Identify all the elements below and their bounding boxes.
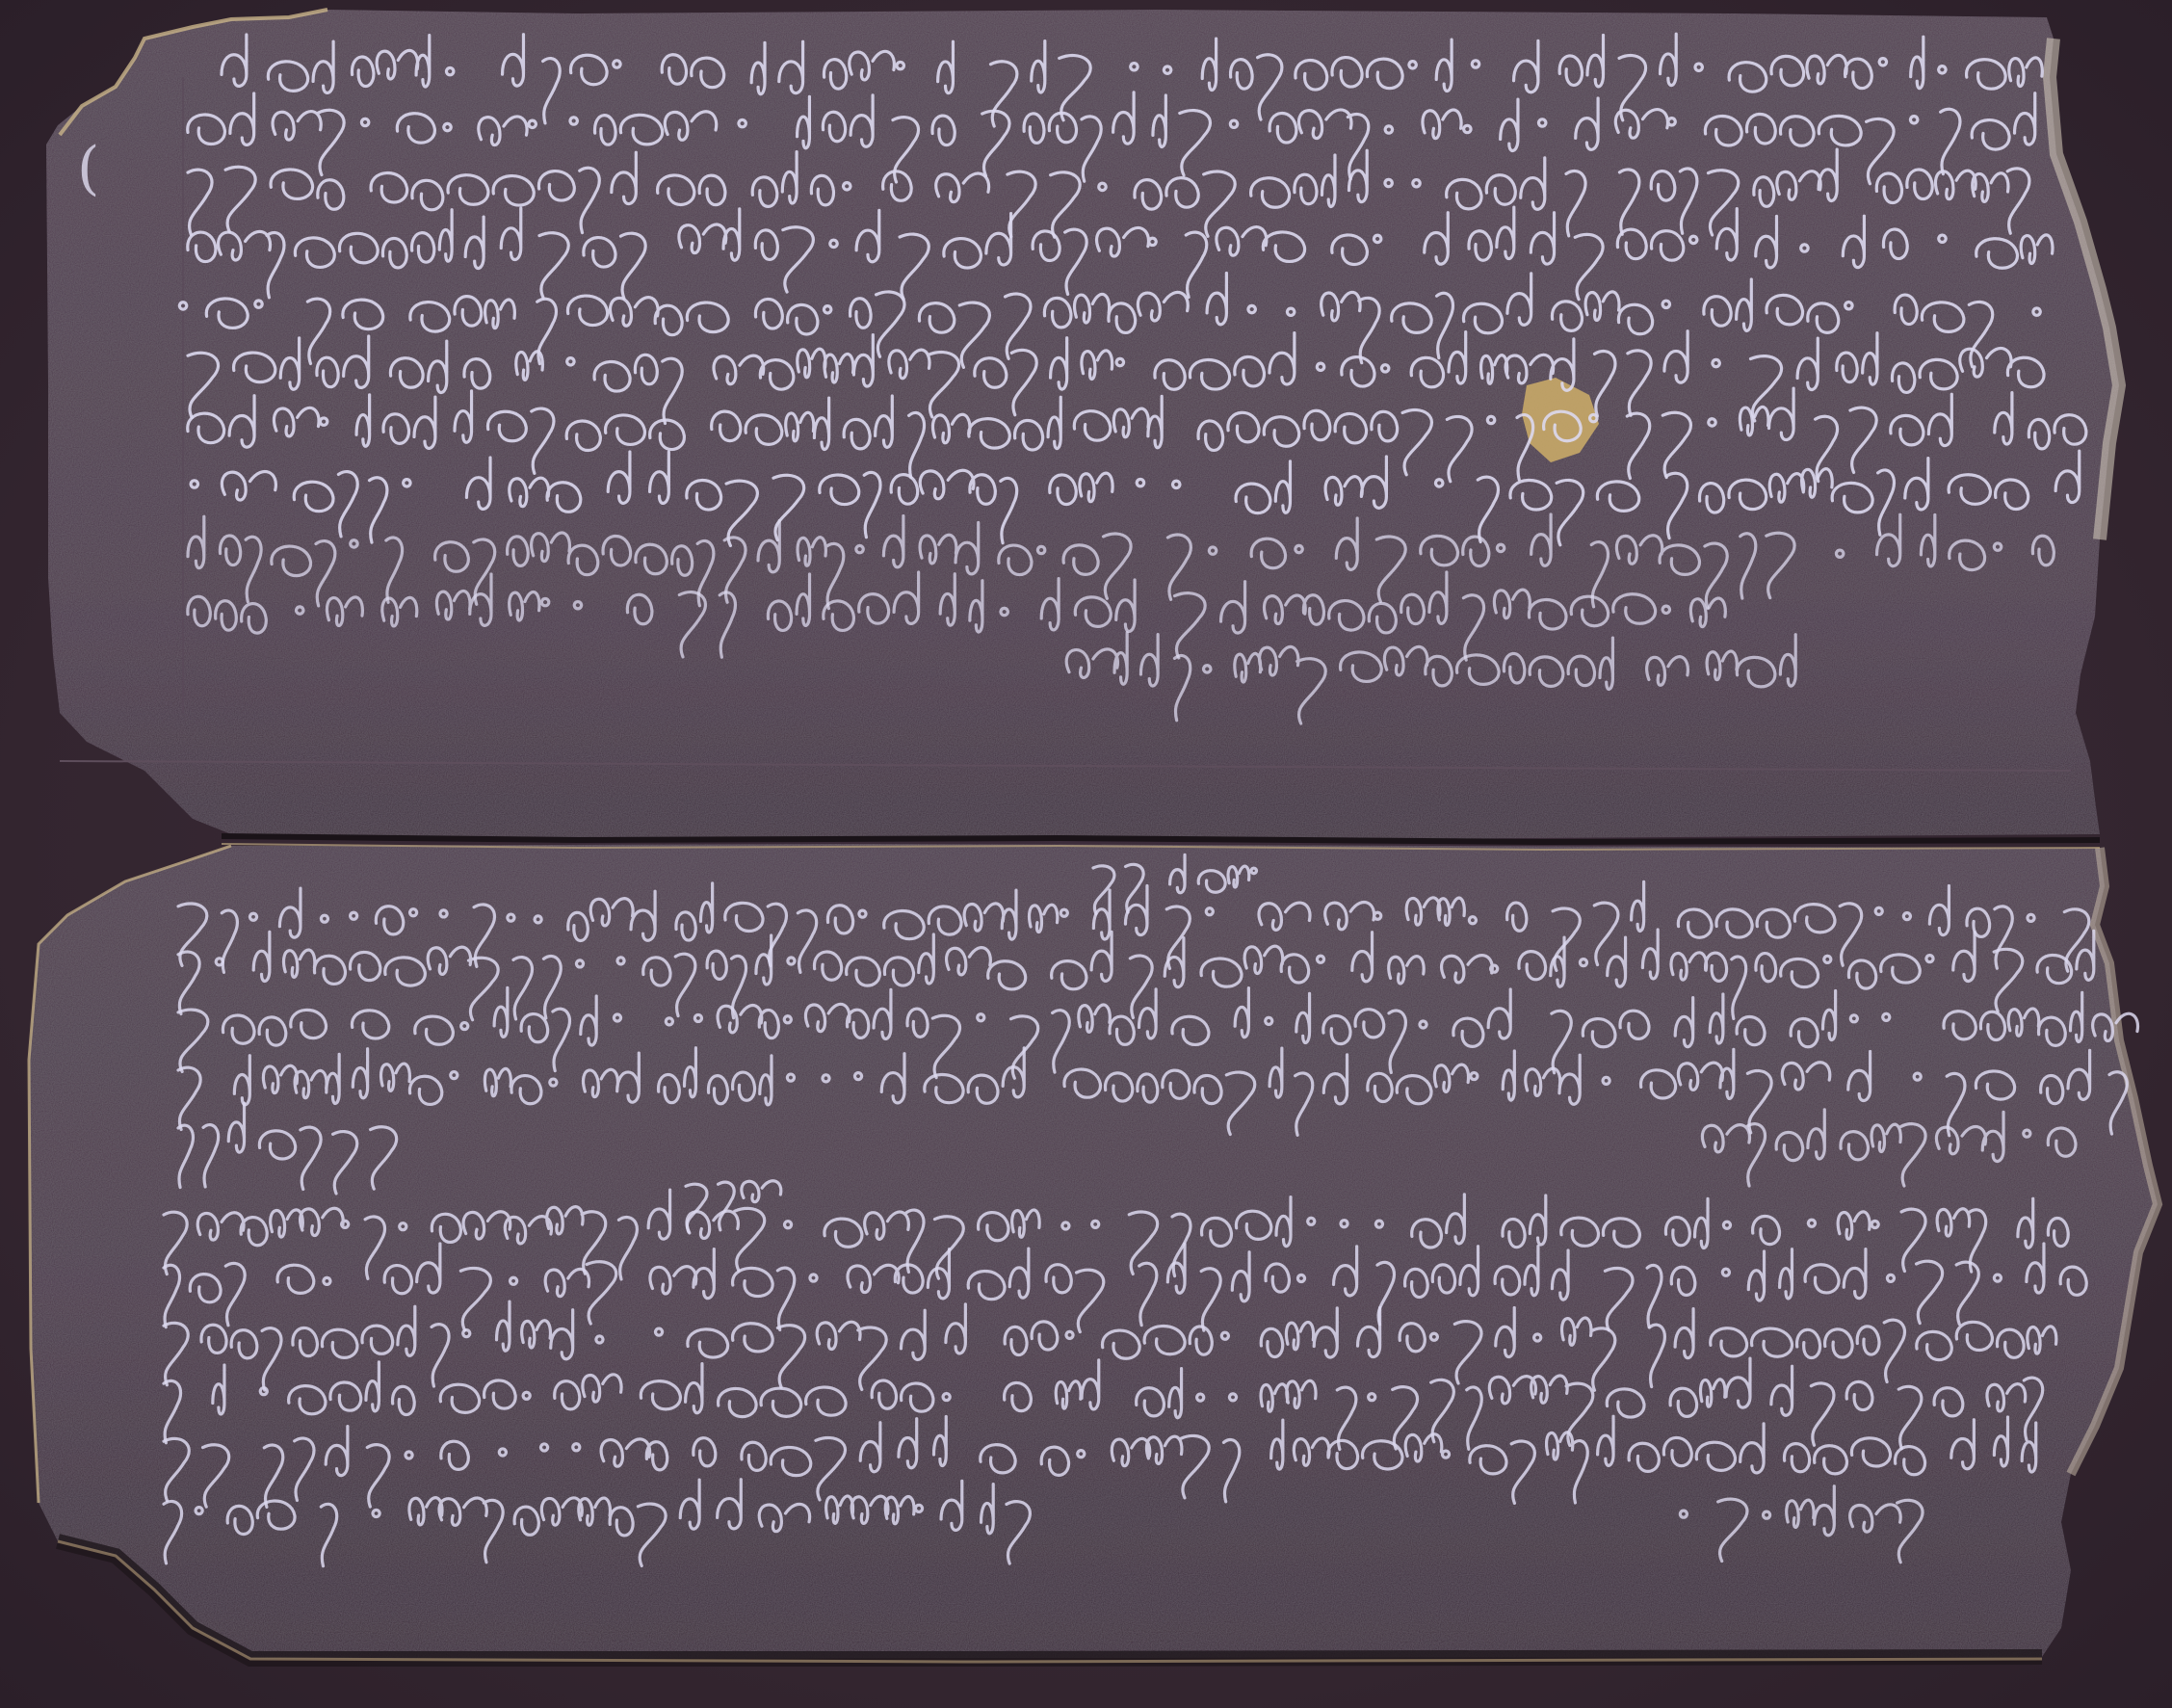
manuscript-photo: ၐ။ ဘဝဘုံပြည့်ဝက်ရှင် ဖြုံ့မျိုးစာရေးတော်…: [0, 0, 2172, 1708]
paper-leaves: [0, 0, 2172, 1708]
lower-leaf: [29, 844, 2158, 1659]
lower-text-line: တော်မြို့ ကြော ကြီး ပြည့်ဘုရား ကျော်: [0, 0, 1, 1]
upper-leaf: [46, 10, 2119, 840]
margin-mark: (: [77, 135, 99, 202]
fold-seam: [222, 836, 2100, 842]
